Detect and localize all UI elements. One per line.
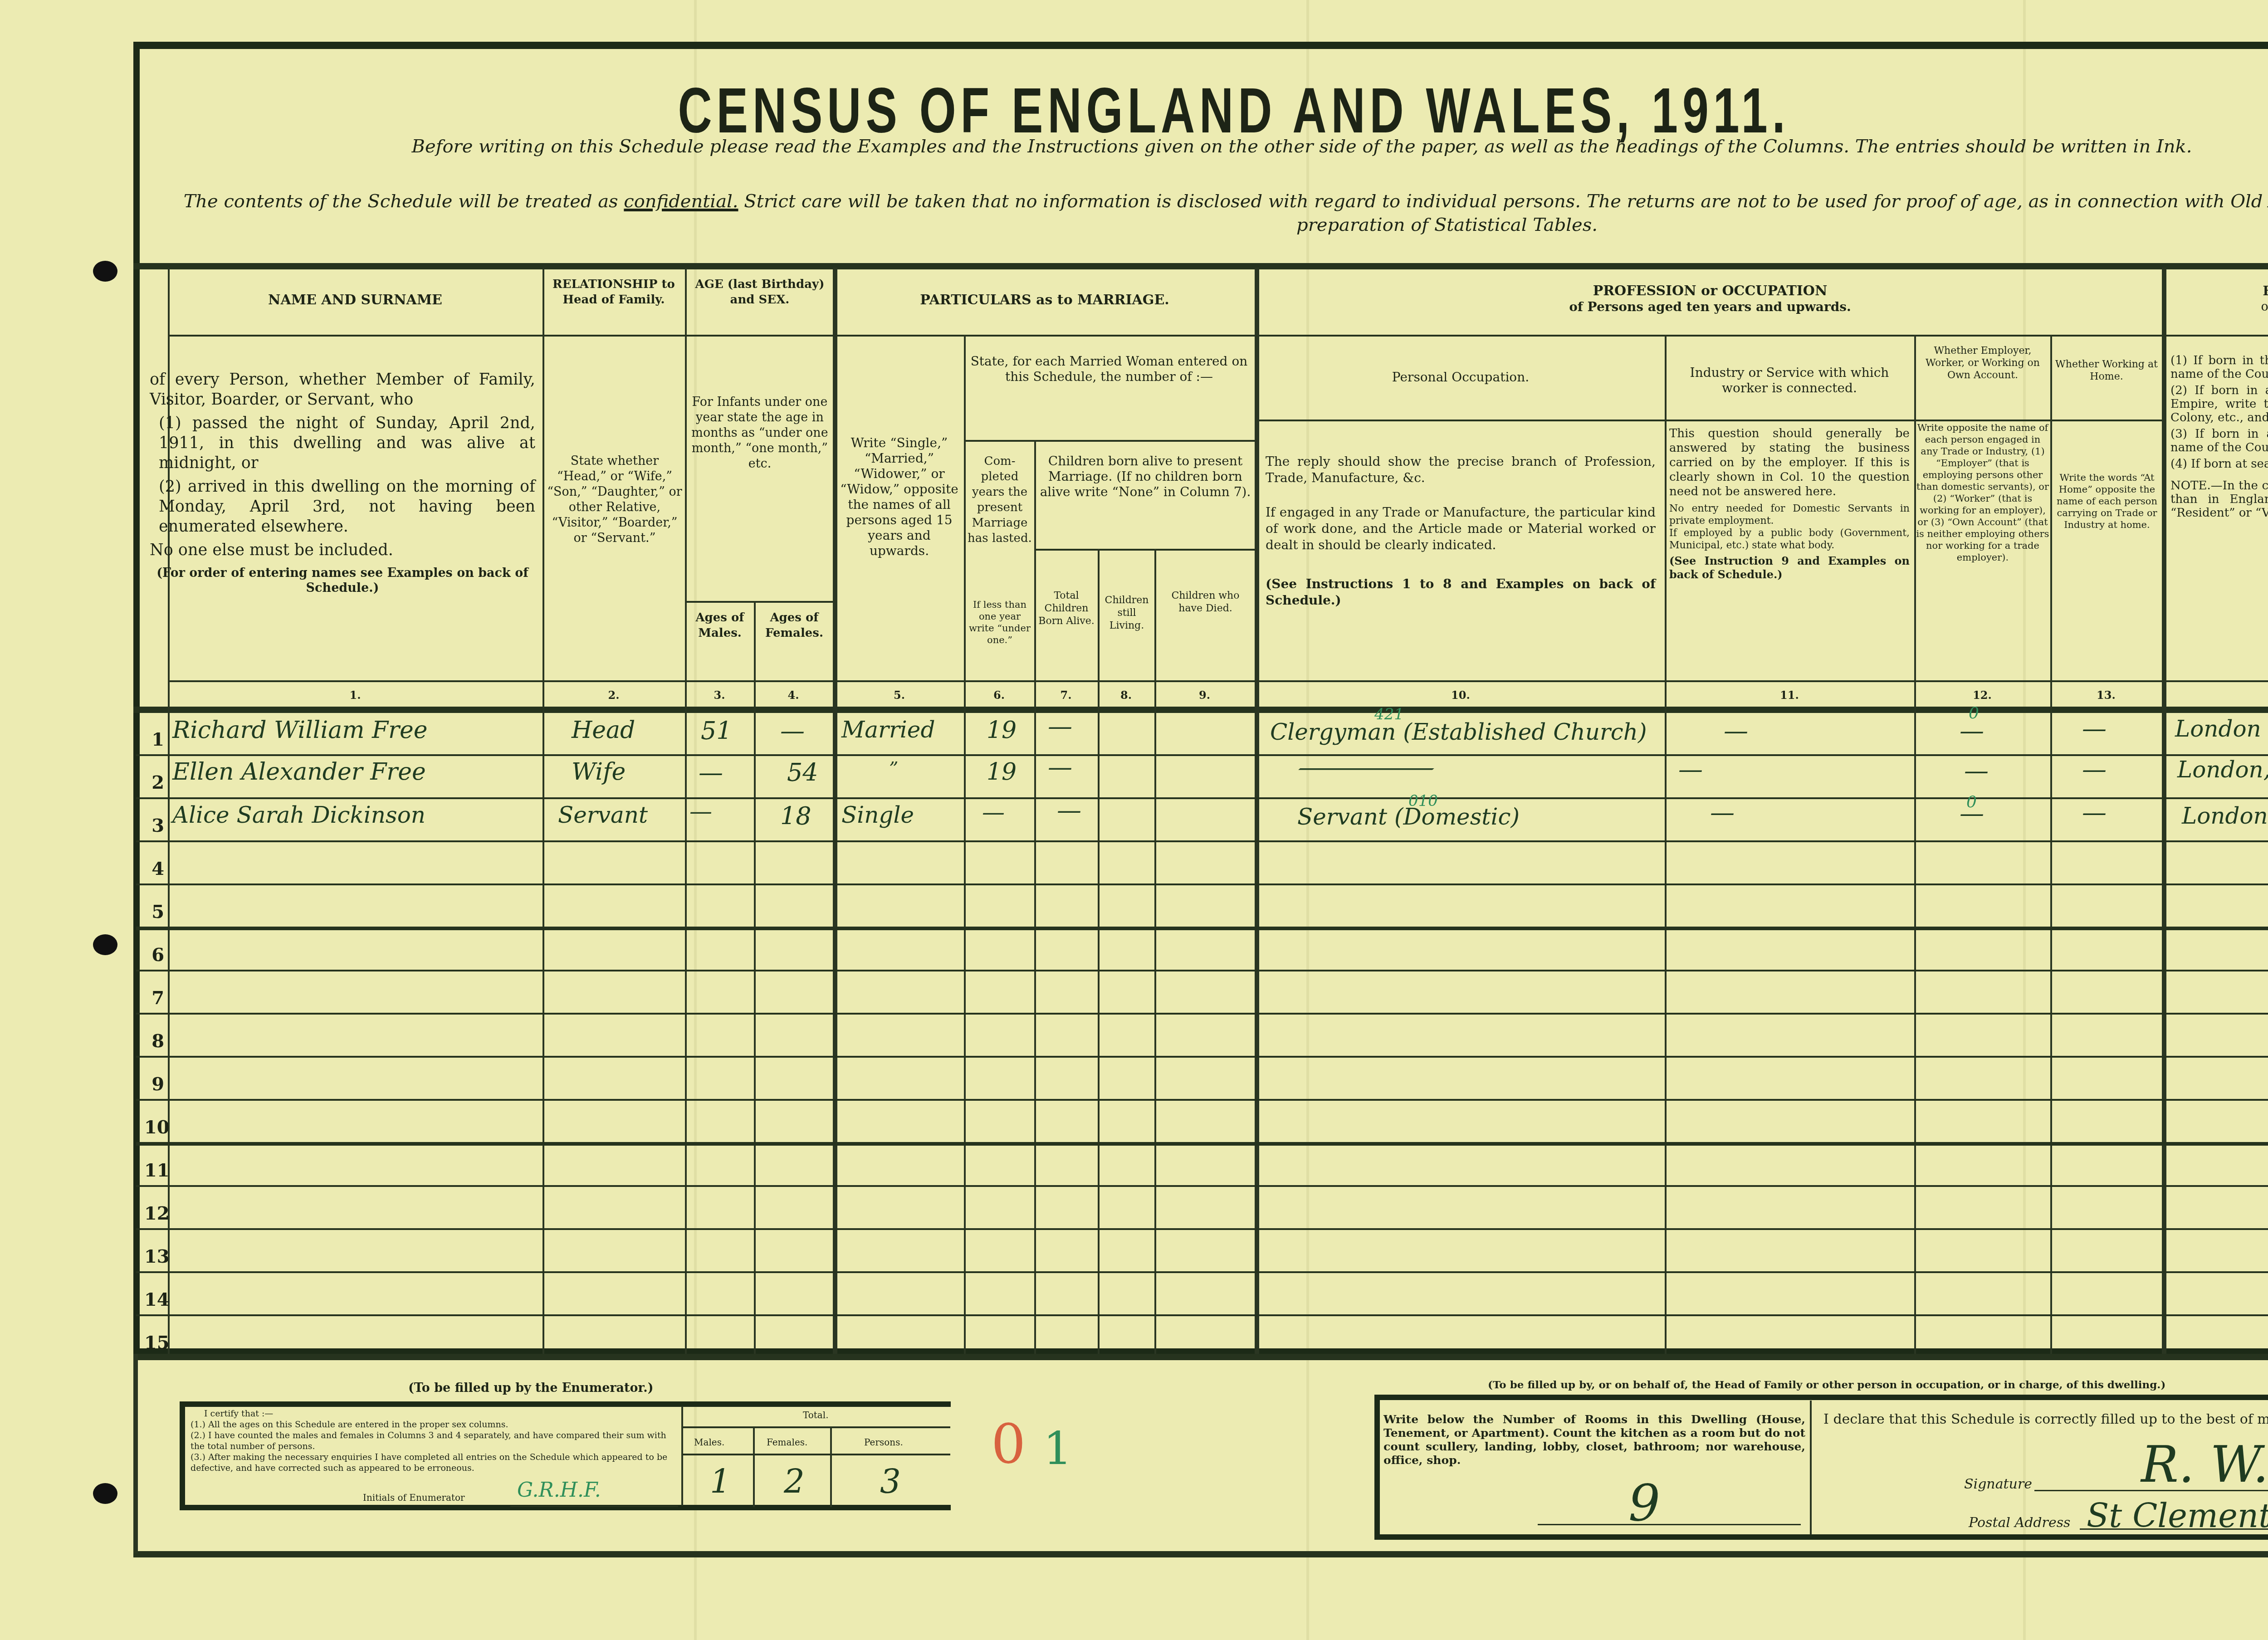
- row2-children-total[interactable]: —: [1048, 753, 1072, 781]
- males-label: Males.: [694, 1437, 724, 1448]
- col13-title: Whether Working at Home.: [2052, 358, 2161, 383]
- total-males[interactable]: 1: [710, 1463, 731, 1501]
- initials-line: [510, 1506, 678, 1507]
- col-divider: [833, 268, 837, 1354]
- row3-at-home[interactable]: —: [2082, 798, 2107, 827]
- col-number: 2.: [543, 688, 685, 702]
- total-label-rule: [683, 1454, 950, 1455]
- row1-age-female[interactable]: —: [780, 717, 805, 745]
- row-number: 15: [144, 1332, 164, 1353]
- row3-relationship[interactable]: Servant: [558, 802, 648, 828]
- signature-label: Signature: [1964, 1476, 2032, 1492]
- children-header: Children born alive to present Marriage.…: [1036, 454, 1254, 500]
- total-rule: [683, 1426, 950, 1428]
- header-top-rule: [133, 263, 2268, 269]
- punch-hole: [93, 1483, 117, 1504]
- row-rule: [136, 1185, 2268, 1187]
- col-number: 5.: [835, 688, 964, 702]
- occupation-subtitle-rule: [1256, 420, 2164, 421]
- rooms-line: [1538, 1524, 1801, 1525]
- col6-desc-small: If less than one year write “under one.”: [966, 599, 1033, 646]
- row3-occupation[interactable]: Servant (Domestic): [1297, 804, 1520, 830]
- occupier-heading: (To be filled up by, or on behalf of, th…: [1488, 1379, 2165, 1391]
- col14-subtitle: of every person.: [2164, 299, 2268, 315]
- married-woman-rule: [964, 440, 1256, 442]
- total-persons[interactable]: 3: [880, 1463, 901, 1501]
- row-rule: [136, 840, 2268, 842]
- col13-desc: Write the words “At Home” opposite the n…: [2055, 472, 2159, 531]
- col8-desc: Children still Living.: [1100, 594, 1154, 632]
- row3-employer[interactable]: —: [1960, 799, 1984, 828]
- row2-relationship[interactable]: Wife: [572, 758, 626, 786]
- row-number: 14: [144, 1289, 164, 1310]
- col-number: 8.: [1098, 688, 1154, 702]
- age-title: AGE (last Birthday) and SEX.: [687, 277, 832, 307]
- row1-at-home[interactable]: —: [2082, 714, 2107, 743]
- row2-years-married[interactable]: 19: [987, 758, 1017, 786]
- row-number: 5: [144, 901, 164, 922]
- rooms-instruction: Write below the Number of Rooms in this …: [1383, 1413, 1805, 1467]
- initials-label: Initials of Enumerator: [363, 1492, 465, 1503]
- row-rule: [136, 1228, 2268, 1230]
- col11-desc-3: If employed by a public body (Government…: [1669, 527, 1910, 552]
- row3-name[interactable]: Alice Sarah Dickinson: [172, 802, 425, 828]
- total-females[interactable]: 2: [784, 1463, 805, 1501]
- occupier-divider: [1810, 1401, 1812, 1535]
- punch-hole: [93, 261, 117, 282]
- col-divider: [1098, 549, 1100, 1354]
- row1-children-total[interactable]: —: [1048, 712, 1070, 741]
- row2-age-female[interactable]: 54: [787, 758, 818, 787]
- row-number: 1: [144, 729, 164, 750]
- row-rule: [136, 927, 2268, 930]
- row3-age-female[interactable]: 18: [780, 802, 811, 830]
- row-number: 12: [144, 1203, 164, 1224]
- row-rule: [136, 1314, 2268, 1316]
- row2-marital[interactable]: ”: [889, 758, 898, 779]
- children-rule: [1034, 549, 1256, 551]
- row-rule: [136, 1013, 2268, 1015]
- married-woman-note: State, for each Married Woman entered on…: [966, 354, 1252, 385]
- col-number: 10.: [1256, 688, 1665, 702]
- row3-children-total[interactable]: —: [1057, 796, 1081, 825]
- row-number: 7: [144, 987, 164, 1009]
- col-divider: [2050, 335, 2052, 1354]
- col12-title: Whether Employer, Worker, or Working on …: [1916, 345, 2049, 381]
- enumerator-divider: [681, 1406, 683, 1506]
- col-divider: [1034, 440, 1036, 1354]
- row2-industry[interactable]: —: [1678, 755, 1703, 784]
- col7-desc: Total Children Born Alive.: [1036, 590, 1097, 628]
- row1-occupation[interactable]: Clergyman (Established Church): [1270, 719, 1647, 745]
- col1-desc-3: No one else must be included.: [150, 540, 535, 560]
- row-rule: [136, 1056, 2268, 1058]
- frame-left-bottom: [133, 1354, 138, 1553]
- row1-years-married[interactable]: 19: [987, 717, 1017, 744]
- row3-marital[interactable]: Single: [841, 802, 914, 828]
- row-rule: [136, 883, 2268, 885]
- col14-desc: (1) If born in the United Kingdom, write…: [2170, 354, 2268, 520]
- col14-desc-1: (1) If born in the United Kingdom, write…: [2170, 354, 2268, 381]
- total-label: Total.: [803, 1410, 829, 1420]
- col1-desc-intro: of every Person, whether Member of Famil…: [150, 370, 535, 410]
- col14-desc-4: (4) If born at sea, write “At Sea.”: [2170, 457, 2268, 471]
- punch-hole: [93, 934, 117, 955]
- col1-title: NAME AND SURNAME: [168, 293, 543, 308]
- col-number: 6.: [964, 688, 1034, 702]
- row1-employer[interactable]: —: [1960, 717, 1984, 745]
- row-number: 8: [144, 1030, 164, 1052]
- persons-label: Persons.: [864, 1437, 903, 1448]
- table-bottom-rule: [133, 1354, 2268, 1360]
- row2-name[interactable]: Ellen Alexander Free: [172, 758, 426, 786]
- row2-age-male[interactable]: —: [699, 758, 723, 787]
- signature-value[interactable]: R. W. Free: [2141, 1435, 2268, 1494]
- header-title-rule: [168, 335, 2268, 337]
- col14-desc-3: (3) If born in a Foreign Country, write …: [2170, 427, 2268, 454]
- postal-address-value[interactable]: St Clement's Vicarage, Fulham: [2087, 1497, 2268, 1535]
- col3-title: Ages of Males.: [686, 610, 754, 641]
- row1-relationship[interactable]: Head: [572, 717, 635, 744]
- row-rule: [136, 754, 2268, 756]
- row3-years-married[interactable]: —: [982, 799, 1005, 825]
- col-divider: [1665, 335, 1667, 1354]
- col12-desc: Write opposite the name of each person e…: [1916, 422, 2049, 563]
- certify-item-3: (3.) After making the necessary enquirie…: [191, 1452, 678, 1474]
- form-bottom-rule: [133, 1551, 2268, 1557]
- marriage-title: PARTICULARS as to MARRIAGE.: [835, 293, 1255, 308]
- col14-title: BIRTHPLACE: [2164, 283, 2268, 299]
- enumerator-red-mark: 0: [991, 1413, 1026, 1476]
- total-divider: [830, 1428, 832, 1507]
- col-divider: [754, 601, 756, 1354]
- colnum-top-rule: [168, 680, 2268, 682]
- col1-desc: of every Person, whether Member of Famil…: [150, 370, 535, 595]
- row2-at-home[interactable]: —: [2082, 755, 2107, 784]
- rooms-value[interactable]: 9: [1628, 1474, 1660, 1532]
- col-number: 13.: [2050, 688, 2162, 702]
- col-number: 11.: [1665, 688, 1914, 702]
- certify-text: I certify that :— (1.) All the ages on t…: [191, 1408, 678, 1474]
- col11-desc-1: This question should generally be answer…: [1669, 426, 1910, 499]
- row3-age-male[interactable]: —: [689, 798, 712, 825]
- col2-desc: State whether “Head,” or “Wife,” “Son,” …: [547, 454, 683, 546]
- col-divider: [2162, 268, 2166, 1354]
- row-rule: [136, 970, 2268, 971]
- row-number: 10: [144, 1117, 164, 1138]
- colnum-rule: [133, 707, 2268, 713]
- col-divider: [964, 335, 966, 1354]
- col-number: 7.: [1034, 688, 1098, 702]
- postal-address-label: Postal Address: [1969, 1515, 2070, 1531]
- row1-marital[interactable]: Married: [841, 717, 935, 743]
- col11-desc: This question should generally be answer…: [1669, 426, 1910, 581]
- occupation-title: PROFESSION or OCCUPATION: [1256, 283, 2164, 299]
- certify-heading: I certify that :—: [191, 1408, 678, 1419]
- col10-title: Personal Occupation.: [1259, 370, 1662, 385]
- total-divider: [753, 1428, 755, 1507]
- col4-title: Ages of Females.: [756, 610, 833, 641]
- col-divider: [1255, 268, 1259, 1354]
- row-rule: [136, 1142, 2268, 1146]
- col10-desc-2: If engaged in any Trade or Manufacture, …: [1266, 504, 1656, 553]
- row2-birthplace[interactable]: London, Pimlico: [2177, 757, 2268, 783]
- row-rule: [136, 797, 2268, 799]
- col6-desc: Com-pleted years the present Marriage ha…: [966, 454, 1033, 546]
- col-number: 3.: [685, 688, 754, 702]
- row2-occupation[interactable]: —: [1293, 753, 1440, 781]
- col1-desc-1: (1) passed the night of Sunday, April 2n…: [150, 413, 535, 473]
- initials-value[interactable]: G.R.H.F.: [517, 1479, 601, 1502]
- col5-desc: Write “Single,” “Married,” “Widower,” or…: [837, 435, 962, 559]
- col-number: 1.: [168, 688, 543, 702]
- row3-industry[interactable]: —: [1710, 798, 1735, 827]
- row-number: 13: [144, 1246, 164, 1267]
- col2-title: RELATIONSHIP to Head of Family.: [544, 277, 683, 307]
- certify-item-2: (2.) I have counted the males and female…: [191, 1430, 678, 1452]
- females-label: Females.: [767, 1437, 807, 1448]
- age-sub-rule: [685, 601, 835, 603]
- col1-desc-4: (For order of entering names see Example…: [150, 566, 535, 595]
- row1-name[interactable]: Richard William Free: [172, 717, 427, 744]
- col-number: 9.: [1154, 688, 1255, 702]
- col14-desc-5: NOTE.—In the case of persons born elsewh…: [2170, 479, 2268, 520]
- row-number: 9: [144, 1074, 164, 1095]
- row-number: 3: [144, 815, 164, 836]
- enumerator-heading: (To be filled up by the Enumerator.): [408, 1381, 654, 1395]
- certify-item-1: (1.) All the ages on this Schedule are e…: [191, 1419, 678, 1430]
- col1-desc-2: (2) arrived in this dwelling on the morn…: [150, 477, 535, 537]
- col11-desc-4: (See Instruction 9 and Examples on back …: [1669, 554, 1910, 581]
- row1-age-male[interactable]: 51: [701, 717, 732, 745]
- enumerator-green-mark: 1: [1043, 1422, 1072, 1475]
- col-divider: [685, 268, 687, 1354]
- row3-birthplace[interactable]: London, Fulham.: [2182, 803, 2268, 829]
- col10-desc-1: The reply should show the precise branch…: [1266, 454, 1656, 486]
- confidential-word: confidential.: [624, 191, 738, 212]
- row-rule: [136, 1271, 2268, 1273]
- col9-desc: Children who have Died.: [1157, 590, 1254, 615]
- row-number: 2: [144, 772, 164, 793]
- row-number: 4: [144, 858, 164, 879]
- col14-desc-2: (2) If born in any other part of the Bri…: [2170, 384, 2268, 425]
- instruction-line: Before writing on this Schedule please r…: [136, 136, 2268, 157]
- col-number: 14.: [2164, 688, 2268, 702]
- col-divider: [1154, 549, 1156, 1354]
- row-rule: [136, 1099, 2268, 1101]
- col10-desc-3: (See Instructions 1 to 8 and Examples on…: [1266, 576, 1656, 609]
- row-number: 6: [144, 944, 164, 966]
- row-number: 11: [144, 1160, 164, 1181]
- col11-title: Industry or Service with which worker is…: [1667, 365, 1912, 396]
- col11-desc-2: No entry needed for Domestic Servants in…: [1669, 503, 1910, 527]
- occupation-subtitle: of Persons aged ten years and upwards.: [1256, 299, 2164, 315]
- confidential-notice: The contents of the Schedule will be tre…: [145, 190, 2268, 237]
- declaration: I declare that this Schedule is correctl…: [1823, 1411, 2268, 1427]
- row1-birthplace[interactable]: London Southwark: [2175, 716, 2268, 742]
- row2-employer[interactable]: —: [1964, 757, 1989, 785]
- row1-industry[interactable]: —: [1724, 717, 1748, 745]
- col10-desc: The reply should show the precise branch…: [1266, 454, 1656, 609]
- col-number: 4.: [754, 688, 833, 702]
- col-divider: [543, 268, 544, 1354]
- age-desc: For Infants under one year state the age…: [687, 395, 832, 472]
- col-number: 12.: [1914, 688, 2050, 702]
